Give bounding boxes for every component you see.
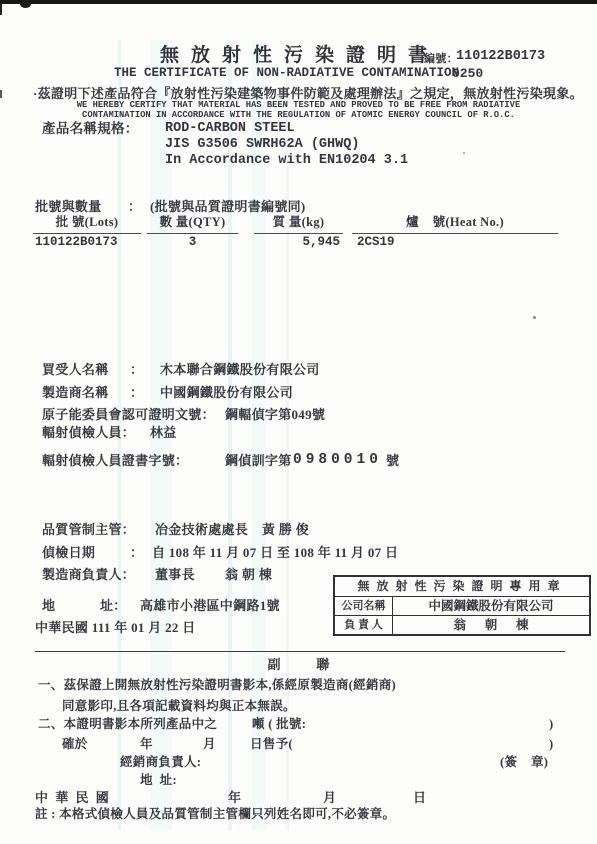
col-header-qty: 數 量(QTY)	[147, 215, 238, 234]
stamp-company-label: 公司名稱	[335, 597, 393, 615]
cert-no-value: 110122B0173	[456, 49, 545, 66]
dealer-address-label: 地 址:	[140, 773, 177, 789]
responsible-title: 董事長	[155, 567, 195, 583]
inspector-cert-suffix: 號	[386, 453, 399, 469]
inspector-cert-digits: 0980010	[293, 451, 382, 469]
blank-month: 月	[203, 737, 216, 753]
lots-note: (批號與品質證明書編號同)	[150, 199, 306, 215]
lots-label: 批號與數量	[35, 199, 102, 215]
maker-colon: ：	[130, 385, 143, 401]
buyer-colon: ：	[130, 362, 143, 378]
address-value: 高雄市小港區中鋼路1號	[140, 598, 280, 614]
address-label-2: 址：	[100, 598, 127, 614]
inspection-date-label: 偵檢日期	[42, 545, 95, 561]
inspection-date-value: 自 108 年 11 月 07 日 至 108 年 11 月 07 日	[152, 545, 398, 561]
inspector-value: 林益	[150, 425, 177, 441]
scan-blob	[20, 0, 31, 8]
note1-line1: 一、茲保證上開無放射性污染證明書影本,係經原製造商(經銷商)	[38, 678, 396, 694]
maker-value: 中國鋼鐵股份有限公司	[160, 385, 293, 401]
cert-no-label: 編號：	[424, 53, 458, 67]
address-label: 地	[42, 598, 55, 614]
duplicate-label: 副 聯	[0, 657, 597, 673]
note2-line1: 二、本證明書影本所列產品中之	[38, 717, 217, 733]
section-divider	[35, 651, 565, 652]
sure-label: 確於	[62, 737, 88, 753]
blank-year: 年	[140, 737, 153, 753]
inspection-date-colon: ：	[130, 545, 143, 561]
col-header-weight: 質 量(kg)	[254, 215, 343, 234]
responsible-name: 翁 朝 棟	[225, 567, 272, 583]
lots-colon: ：	[128, 199, 141, 215]
sold-to-label: 日售予(	[250, 737, 293, 753]
stamp-company-row: 公司名稱 中國鋼鐵股份有限公司	[335, 597, 589, 615]
col-header-heat: 爐 號(Heat No.)	[352, 215, 558, 234]
scan-mark	[0, 4, 2, 15]
aec-approval-label: 原子能委員會認可證明文號：	[42, 407, 215, 423]
footnote: 註 : 本格式偵檢人員及品質管制主管欄只列姓名即可,不必簽章。	[35, 807, 395, 823]
product-line-1: ROD-CARBON STEEL	[165, 121, 295, 138]
buyer-label: 買受人名稱	[42, 362, 109, 378]
certificate-stamp-table: 無放射性污染證明專用章 公司名稱 中國鋼鐵股份有限公司 負 責 人 翁 朝 棟	[333, 575, 591, 636]
issue-date: 中華民國 111 年 01 月 22 日	[35, 620, 196, 636]
heat-no-value: 2CS19	[357, 235, 395, 251]
col-header-lots: 批 號(Lots)	[33, 215, 141, 234]
roc-date-label: 中 華 民 國	[35, 790, 111, 806]
certificate-document: 無放射性污染證明書 編號： 110122B0173 0250 THE CERTI…	[0, 0, 597, 844]
product-line-3: In Accordance with EN10204 3.1	[165, 153, 408, 170]
inspector-label: 輻射偵檢人員：	[42, 425, 135, 441]
qc-manager-label: 品質管制主管：	[42, 522, 135, 538]
inspector-cert-prefix: 鋼偵訓字第	[225, 453, 292, 469]
scan-speck	[463, 152, 465, 154]
note2-ton-lot: 噸 ( 批號:	[252, 717, 306, 733]
buyer-value: 木本聯合鋼鐵股份有限公司	[160, 362, 320, 378]
roc-month: 月	[323, 790, 336, 806]
product-label: 產品名稱規格：	[42, 121, 139, 138]
stamp-person-value: 翁 朝 棟	[393, 616, 589, 634]
scan-edge-line	[0, 0, 597, 4]
responsible-label: 製造商負責人：	[42, 567, 135, 583]
aec-approval-value: 鋼輻偵字第049號	[225, 407, 325, 423]
maker-label: 製造商名稱	[42, 385, 109, 401]
scan-mark	[0, 90, 2, 98]
qty-value: 3	[147, 235, 238, 251]
qc-manager-name: 黃 勝 俊	[262, 522, 309, 538]
product-line-2: JIS G3506 SWRH62A (GHWQ)	[165, 137, 359, 154]
stamp-person-row: 負 責 人 翁 朝 棟	[335, 615, 589, 634]
roc-day: 日	[413, 790, 426, 806]
statement-en-2: CONTAMINATION IN ACCORDANCE WITH THE REG…	[0, 110, 597, 121]
weight-value: 5,945	[254, 235, 340, 251]
dealer-label: 經銷商負責人:	[120, 755, 201, 771]
scan-speck	[533, 316, 536, 319]
roc-year: 年	[228, 790, 241, 806]
stamp-person-label: 負 責 人	[335, 616, 393, 634]
stamp-company-value: 中國鋼鐵股份有限公司	[393, 597, 589, 615]
lot-value: 110122B0173	[35, 235, 118, 251]
qc-manager-title: 冶金技術處處長	[155, 522, 248, 538]
note1-line2: 同意影印,且各項記載資料均與正本無誤。	[62, 699, 296, 715]
stamp-title: 無放射性污染證明專用章	[335, 577, 589, 597]
title-zh: 無放射性污染證明書	[160, 44, 439, 68]
sign-label: (簽 章)	[500, 755, 548, 771]
title-en: THE CERTIFICATE OF NON-RADIATIVE CONTAMI…	[114, 66, 459, 82]
inspector-cert-label: 輻射偵檢人員證書字號：	[42, 453, 188, 469]
paren-close-2: )	[549, 737, 553, 753]
paren-close-1: )	[549, 717, 553, 733]
